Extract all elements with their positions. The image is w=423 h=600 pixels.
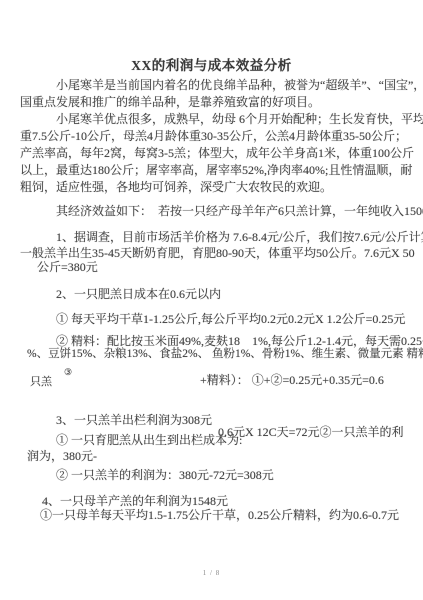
- section3-item-1-cont: 润为，380元-: [27, 449, 97, 463]
- benefit-summary-line: 其经济效益如下： 若按一只经产母羊年产6只羔计算，一年纯收入1500元.: [56, 204, 423, 218]
- section2-circle3-fragment: ③: [64, 365, 72, 379]
- section1-line-2: 一般羔羊出生35-45天断奶育肥，育肥80-90天，体重平均50公斤。7.6元X…: [20, 246, 415, 260]
- document-page: XX的利润与成本效益分析 小尾寒羊是当前国内着名的优良绵羊品种，被誉为“超级羊”…: [0, 0, 423, 600]
- advantages-line-1: 小尾寒羊优点很多，成熟早，幼母 6个月开始配种；生长发育快，平均月增: [56, 112, 423, 126]
- section1-line-1: 1、据调查，目前市场活羊价格为 7.6-8.4元/公斤，我们按7.6元/公斤计算…: [56, 230, 423, 244]
- advantages-line-2: 重7.5公斤-10公斤，母羔4月龄体重30-35公斤，公羔4月龄体重35-50公…: [20, 129, 407, 143]
- section2-fragment-left: 只羔: [30, 375, 52, 389]
- section3-item-1-right: 0.6元X 12C天=72元②一只羔羊的利: [218, 425, 403, 439]
- section2-heading: 2、一只肥羔日成本在0.6元以内: [56, 287, 221, 301]
- advantages-line-3: 产羔率高，每年2窝，每窝3-5羔；体型大，成年公羊身高1米，体重100公斤: [20, 146, 414, 160]
- page-number-indicator: 1 / 8: [0, 569, 423, 577]
- section2-item-2-line-2: %、豆饼15%、杂粮13%、食盐2%、 鱼粉1%、骨粉1%、维生素、微量元素 精…: [27, 347, 423, 361]
- section2-fragment-right: +精料）： ①+②=0.25元+0.35元=0.6: [200, 373, 384, 387]
- advantages-line-5: 粗饲，适应性强，各地均可饲养，深受广大农牧民的欢迎。: [20, 180, 332, 194]
- section3-heading: 3、一只羔羊出栏利润为308元: [56, 413, 212, 427]
- section2-item-1: ① 每天平均干草1-1.25公斤,每公斤平均0.2元0.2元X 1.2公斤=0.…: [56, 312, 405, 326]
- advantages-line-4: 以上，最重达180公斤；屠宰率高，屠宰率52%,净肉率40%;且性情温顺，耐: [20, 163, 412, 177]
- section2-item-2-line-1: ② 精料：配比按玉米面49%,麦麸18 1%,每公斤1.2-1.4元，每天需0.…: [56, 334, 423, 348]
- section4-item-1: ①一只母羊每天平均1.5-1.75公斤干草，0.25公斤精料，约为0.6-0.7…: [40, 508, 399, 522]
- section3-item-2: ② 一只羔羊的利润为：380元-72元=308元: [56, 468, 274, 482]
- section1-line-3: 公斤=380元: [37, 260, 98, 274]
- section3-item-1-left: ① 一只育肥羔从出生到出栏成本为:: [56, 433, 242, 447]
- intro-line-2: 国重点发展和推广的绵羊品种，是靠养殖致富的好项目。: [20, 95, 320, 109]
- section4-heading: 4、一只母羊产羔的年利润为1548元: [42, 494, 228, 508]
- intro-line-1: 小尾寒羊是当前国内着名的优良绵羊品种，被誉为“超级羊”、“国宝”，是我: [56, 78, 423, 92]
- document-title: XX的利润与成本效益分析: [0, 54, 423, 74]
